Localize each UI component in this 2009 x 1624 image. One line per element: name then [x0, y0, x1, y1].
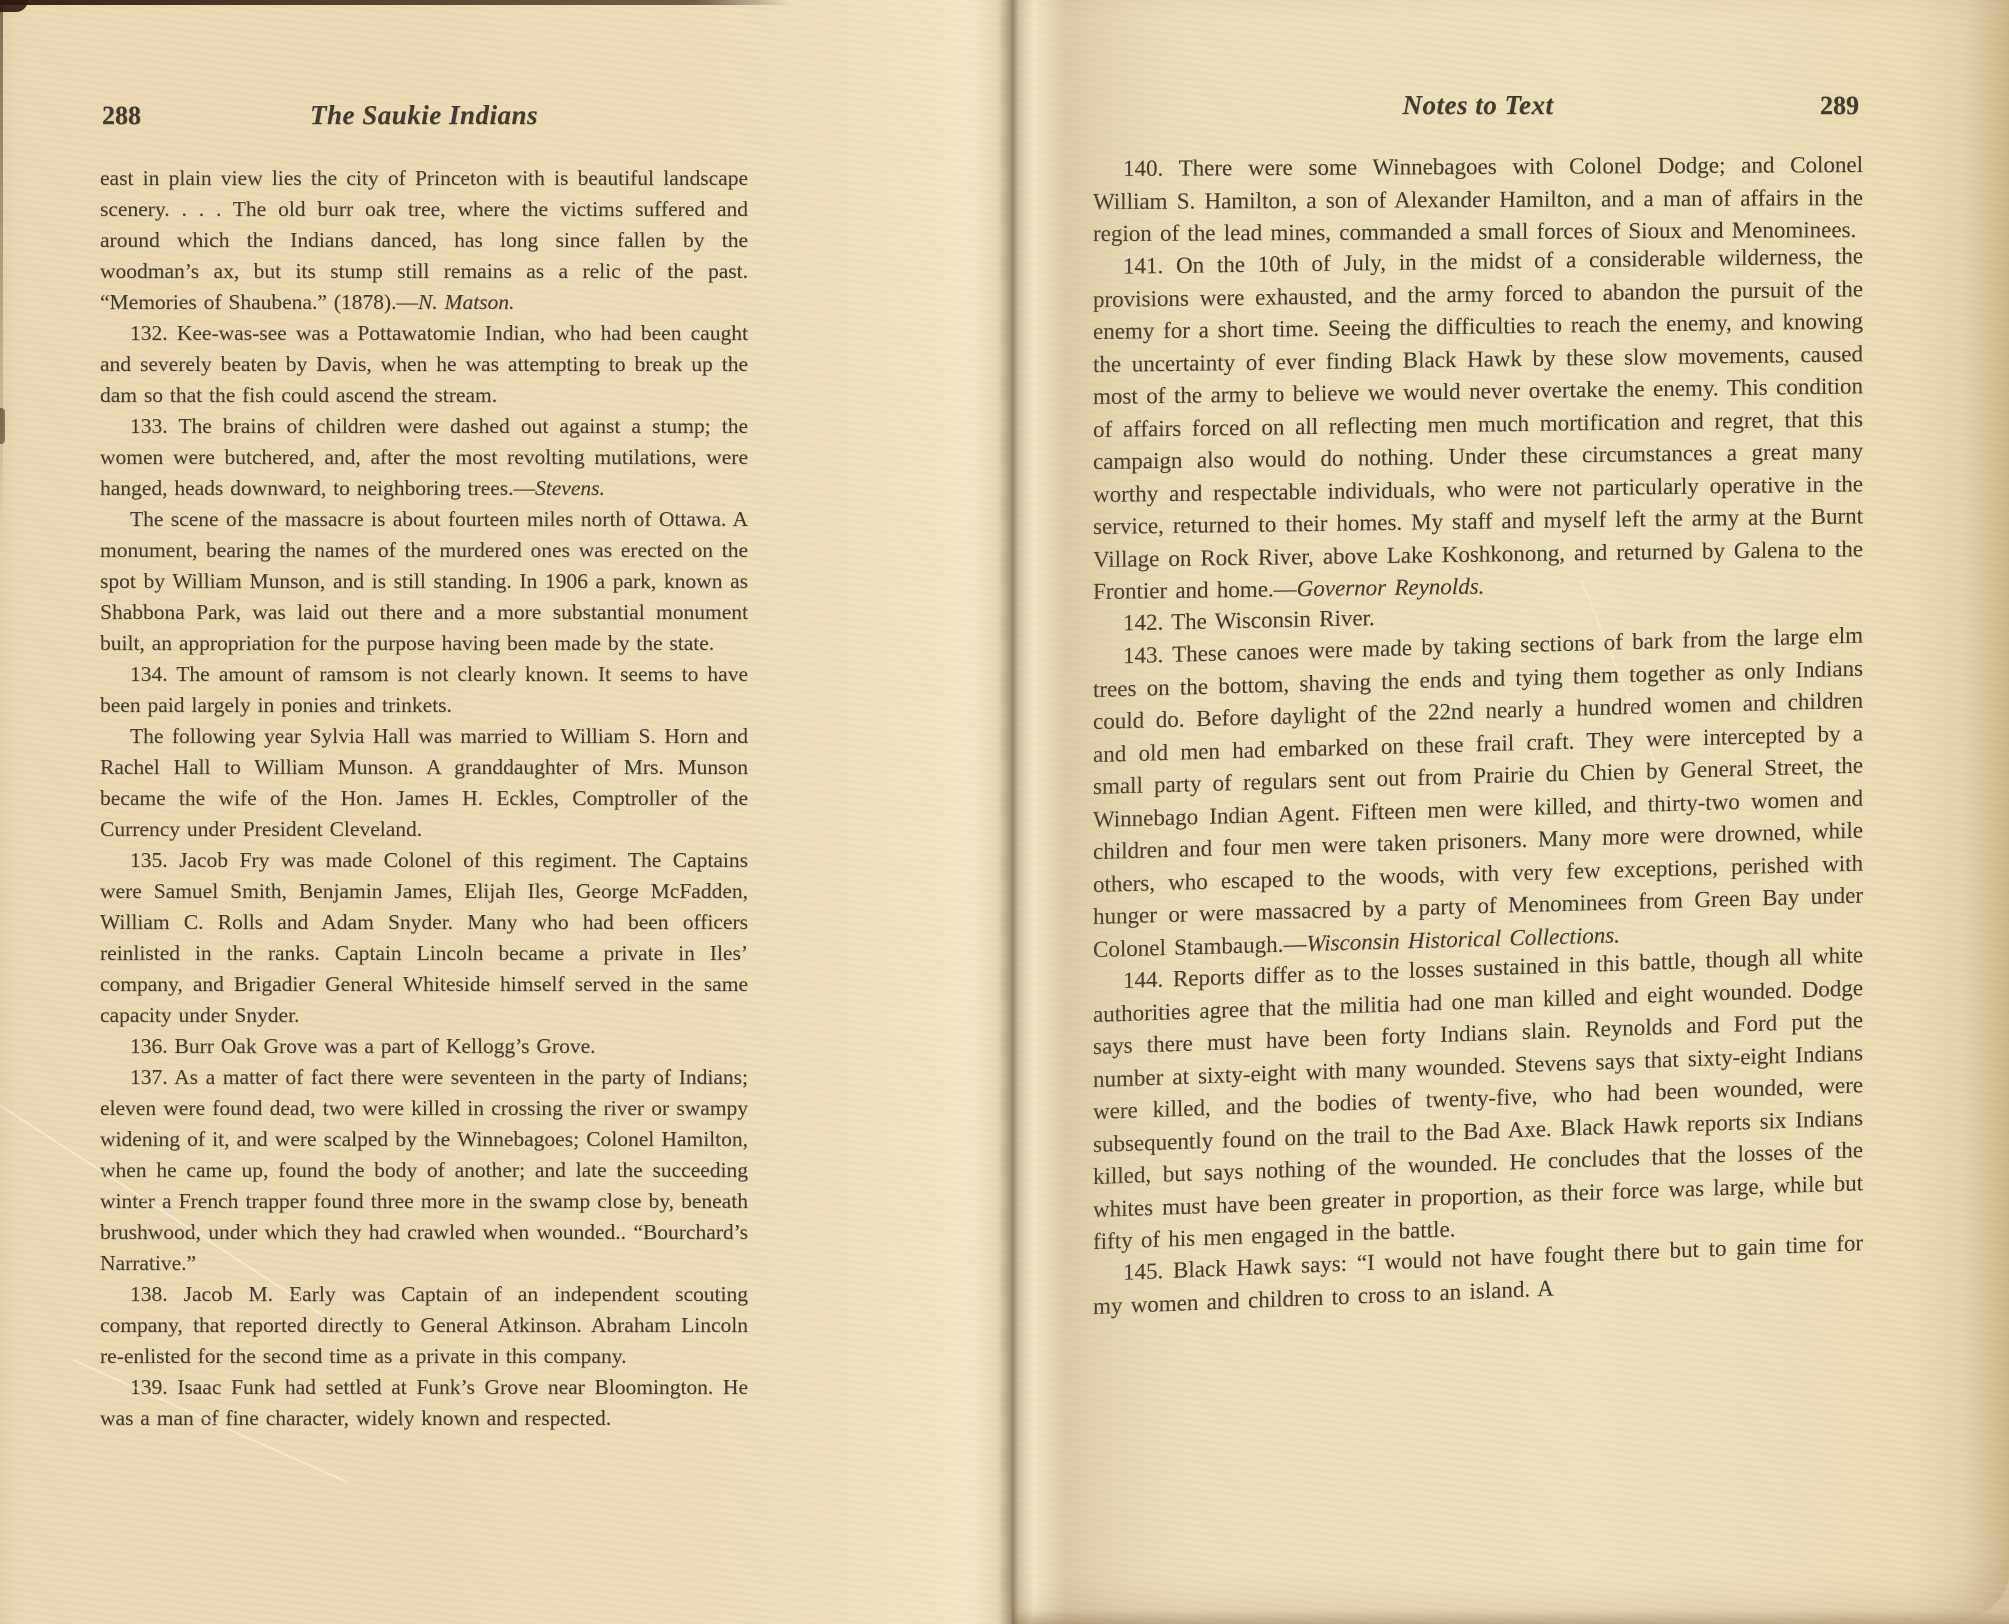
body-text: The scene of the massacre is about fourt… [100, 507, 748, 655]
right-page: Notes to Text 289 140. There were some W… [1012, 0, 2009, 1624]
right-running-title: Notes to Text [1403, 90, 1554, 126]
paragraph: 143. These canoes were made by taking se… [1093, 619, 1863, 966]
body-text: 136. Burr Oak Grove was a part of Kellog… [130, 1034, 595, 1058]
paragraph: 144. Reports differ as to the losses sus… [1093, 939, 1863, 1258]
paragraph: The following year Sylvia Hall was marri… [100, 721, 748, 845]
body-text: 141. On the 10th of July, in the midst o… [1093, 243, 1863, 604]
body-text: 139. Isaac Funk had settled at Funk’s Gr… [100, 1375, 748, 1430]
paragraph: 140. There were some Winnebagoes with Co… [1093, 149, 1863, 251]
book-spread: 288 The Saukie Indians east in plain vie… [0, 0, 2009, 1624]
paragraph: The scene of the massacre is about fourt… [100, 504, 748, 659]
body-text: 134. The amount of ramsom is not clearly… [100, 662, 748, 717]
cover-top-edge [0, 0, 790, 5]
left-page-text: east in plain view lies the city of Prin… [100, 163, 748, 1434]
body-text: The following year Sylvia Hall was marri… [100, 724, 748, 841]
paragraph: 132. Kee-was-see was a Pottawatomie Indi… [100, 318, 748, 411]
citation-text: N. Matson. [418, 290, 514, 314]
paragraph: 138. Jacob M. Early was Captain of an in… [100, 1279, 748, 1372]
right-page-number: 289 [1820, 91, 1859, 121]
right-page-text: 140. There were some Winnebagoes with Co… [1093, 153, 1863, 1323]
left-running-title: The Saukie Indians [310, 100, 538, 136]
cover-left-edge [0, 0, 3, 540]
paragraph: 133. The brains of children were dashed … [100, 411, 748, 504]
body-text: 133. The brains of children were dashed … [100, 414, 748, 500]
paragraph: 137. As a matter of fact there were seve… [100, 1062, 748, 1279]
page-bottom-edge [1012, 1610, 2009, 1624]
citation-text: Stevens. [535, 476, 605, 500]
body-text: 142. The Wisconsin River. [1123, 605, 1375, 635]
paragraph: 134. The amount of ramsom is not clearly… [100, 659, 748, 721]
left-page-header: 288 The Saukie Indians [100, 100, 748, 136]
paragraph: 141. On the 10th of July, in the midst o… [1093, 240, 1863, 608]
body-text: 138. Jacob M. Early was Captain of an in… [100, 1282, 748, 1368]
paragraph: 135. Jacob Fry was made Colonel of this … [100, 845, 748, 1031]
body-text: 144. Reports differ as to the losses sus… [1093, 942, 1863, 1254]
paragraph: 139. Isaac Funk had settled at Funk’s Gr… [100, 1372, 748, 1434]
paragraph: east in plain view lies the city of Prin… [100, 163, 748, 318]
paragraph: 136. Burr Oak Grove was a part of Kellog… [100, 1031, 748, 1062]
body-text: 132. Kee-was-see was a Pottawatomie Indi… [100, 321, 748, 407]
right-page-header: Notes to Text 289 [1093, 90, 1863, 126]
body-text: 137. As a matter of fact there were seve… [100, 1065, 748, 1275]
citation-text: Governor Reynolds. [1297, 573, 1485, 601]
page-edge-notch [0, 408, 5, 444]
left-page: 288 The Saukie Indians east in plain vie… [0, 0, 1012, 1624]
body-text: 140. There were some Winnebagoes with Co… [1093, 152, 1863, 246]
body-text: 135. Jacob Fry was made Colonel of this … [100, 848, 748, 1027]
left-page-number: 288 [102, 101, 141, 131]
body-text: 143. These canoes were made by taking se… [1093, 622, 1863, 961]
